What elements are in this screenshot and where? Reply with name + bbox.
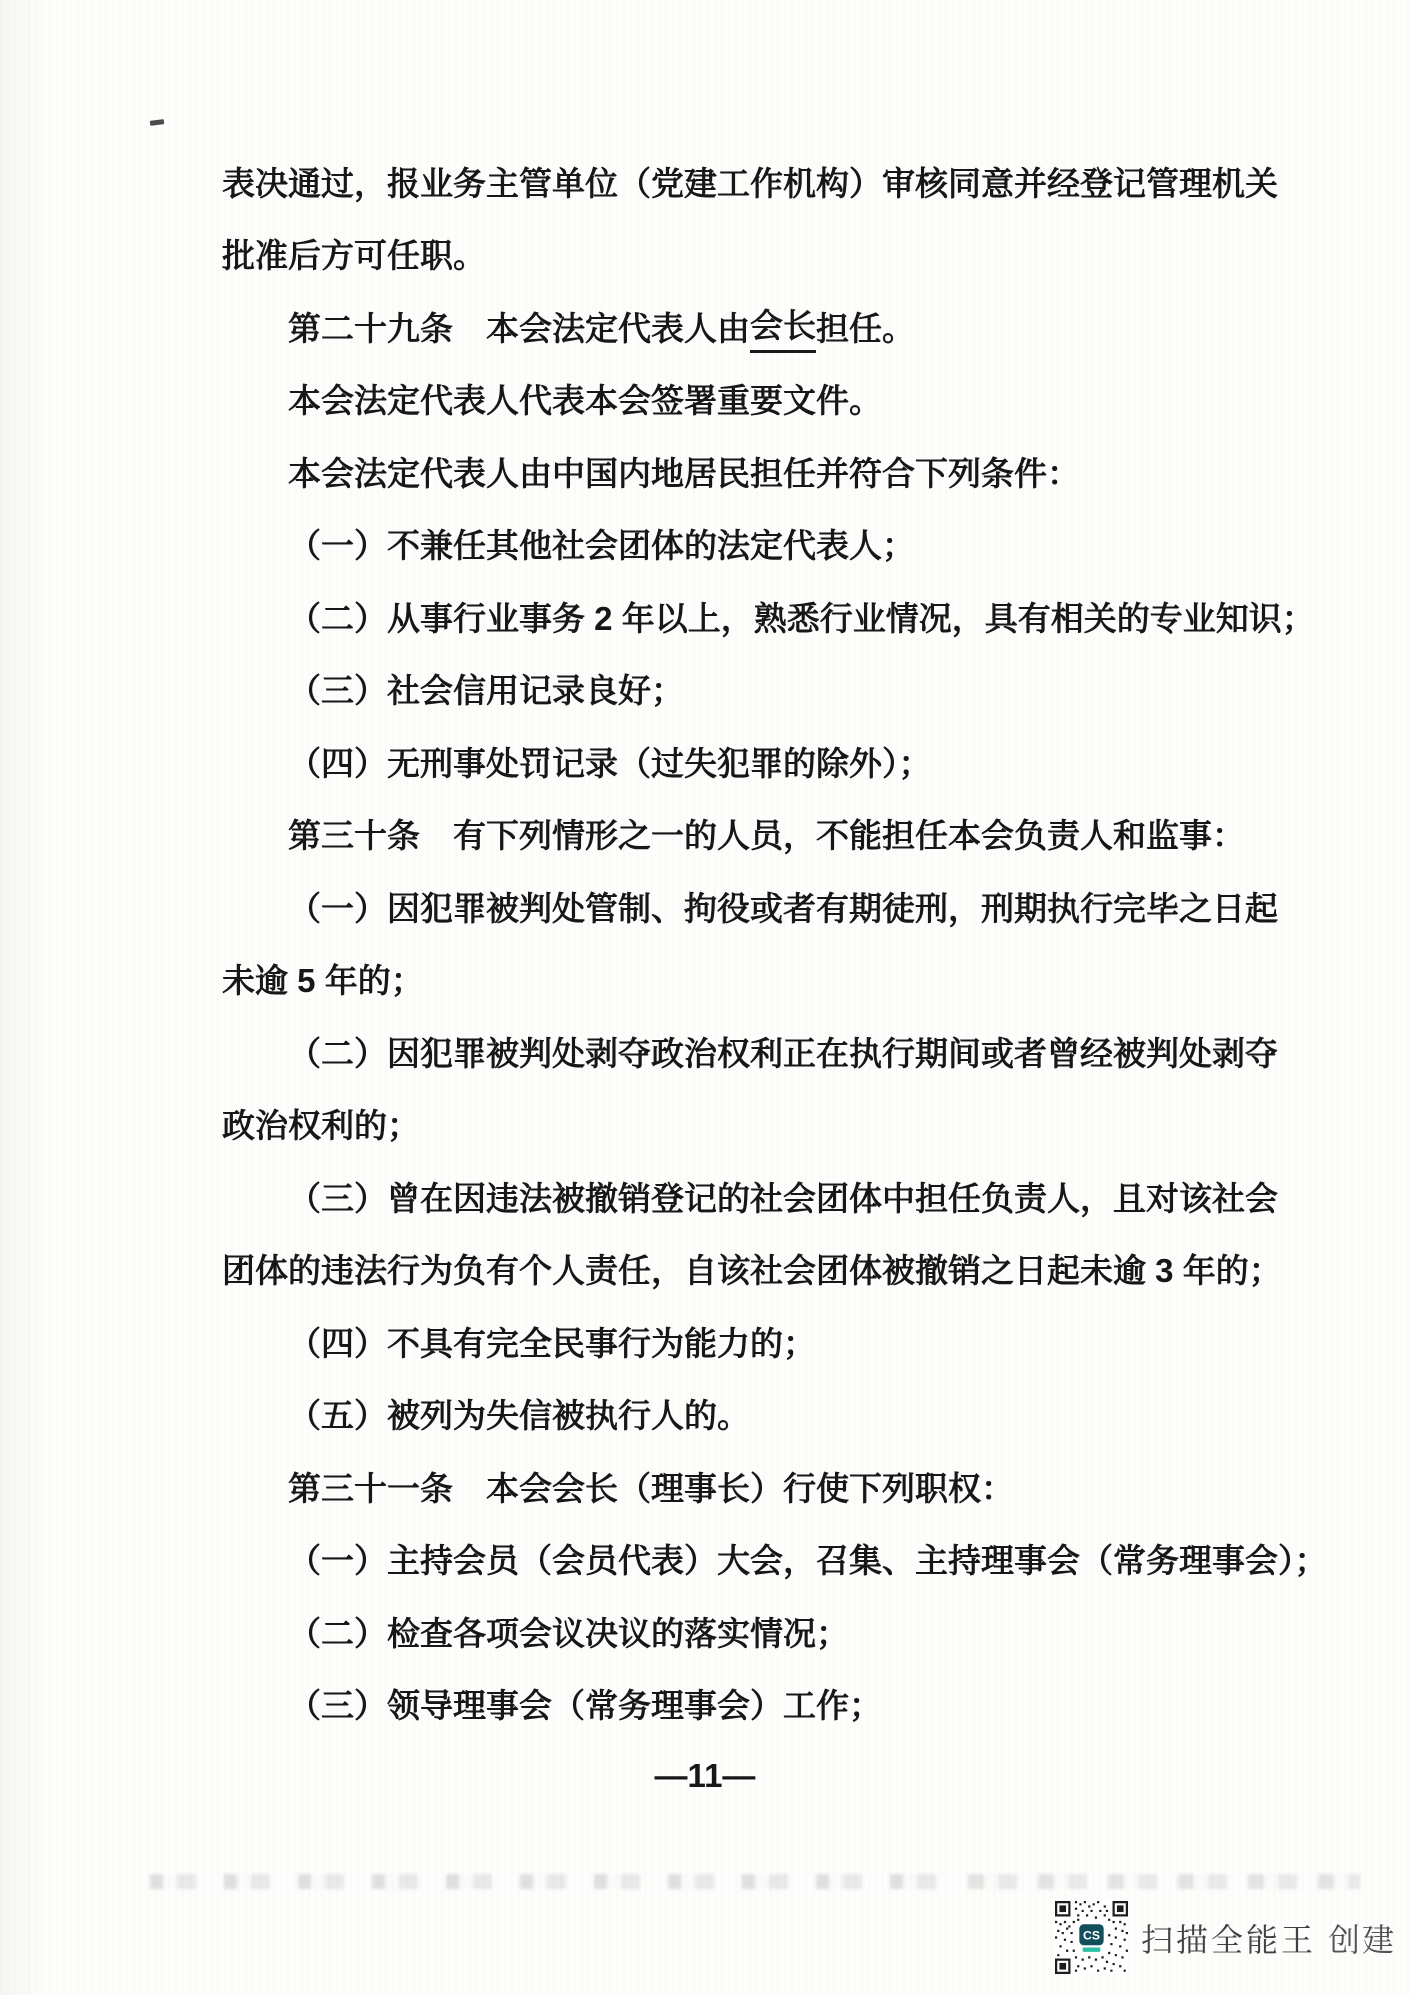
page-number: —11— xyxy=(0,1740,1410,1813)
underlined-term: 会长 xyxy=(750,300,816,353)
doc-line: 批准后方可任职。 xyxy=(222,218,1350,291)
camscanner-app-name: 扫描全能王 xyxy=(1141,1922,1316,1958)
doc-line-article-30: 第三十条 有下列情形之一的人员，不能担任本会负责人和监事： xyxy=(288,798,1350,871)
doc-line: （五）被列为失信被执行人的。 xyxy=(288,1378,1350,1451)
camscanner-qr-code: CS xyxy=(1055,1901,1128,1974)
doc-line: 本会法定代表人代表本会签署重要文件。 xyxy=(288,363,1350,436)
doc-line: （四）无刑事处罚记录（过失犯罪的除外）； xyxy=(288,725,1350,798)
doc-line: （二）从事行业事务 2 年以上，熟悉行业情况，具有相关的专业知识； xyxy=(288,580,1350,653)
doc-line-article-31: 第三十一条 本会会长（理事长）行使下列职权： xyxy=(288,1450,1350,1523)
scan-artifact-band xyxy=(968,1874,1360,1889)
article-29-suffix: 担任。 xyxy=(816,303,915,350)
scan-speck xyxy=(150,119,165,126)
doc-line: （三）领导理事会（常务理事会）工作； xyxy=(288,1668,1350,1741)
doc-line: （二）检查各项会议决议的落实情况； xyxy=(288,1595,1350,1668)
doc-line: （四）不具有完全民事行为能力的； xyxy=(288,1305,1350,1378)
doc-line: 政治权利的； xyxy=(222,1088,1350,1161)
doc-line: （一）主持会员（会员代表）大会，召集、主持理事会（常务理事会）； xyxy=(288,1523,1350,1596)
doc-line: 本会法定代表人由中国内地居民担任并符合下列条件： xyxy=(288,435,1350,508)
scanned-page: 表决通过，报业务主管单位（党建工作机构）审核同意并经登记管理机关 批准后方可任职… xyxy=(0,0,1410,1995)
camscanner-logo-text: CS xyxy=(1083,1929,1100,1943)
doc-line: 表决通过，报业务主管单位（党建工作机构）审核同意并经登记管理机关 xyxy=(222,145,1350,218)
doc-line: （一）因犯罪被判处管制、拘役或者有期徒刑，刑期执行完毕之日起 xyxy=(288,870,1350,943)
doc-line: （三）社会信用记录良好； xyxy=(288,653,1350,726)
doc-line: （二）因犯罪被判处剥夺政治权利正在执行期间或者曾经被判处剥夺 xyxy=(288,1015,1350,1088)
article-29-prefix: 第二十九条 本会法定代表人由 xyxy=(288,303,750,350)
camscanner-watermark: CS 扫描全能王创建 xyxy=(1055,1901,1396,1974)
camscanner-watermark-text: 扫描全能王创建 xyxy=(1141,1915,1396,1961)
doc-line: 未逾 5 年的； xyxy=(222,943,1350,1016)
doc-line: 团体的违法行为负有个人责任，自该社会团体被撤销之日起未逾 3 年的； xyxy=(222,1233,1350,1306)
document-body: 表决通过，报业务主管单位（党建工作机构）审核同意并经登记管理机关 批准后方可任职… xyxy=(0,145,1410,1813)
scan-artifact-band xyxy=(150,1874,960,1889)
camscanner-created-label: 创建 xyxy=(1328,1922,1396,1958)
doc-line: （一）不兼任其他社会团体的法定代表人； xyxy=(288,508,1350,581)
doc-line-article-29: 第二十九条 本会法定代表人由会长担任。 xyxy=(288,290,1350,363)
doc-line: （三）曾在因违法被撤销登记的社会团体中担任负责人，且对该社会 xyxy=(288,1160,1350,1233)
